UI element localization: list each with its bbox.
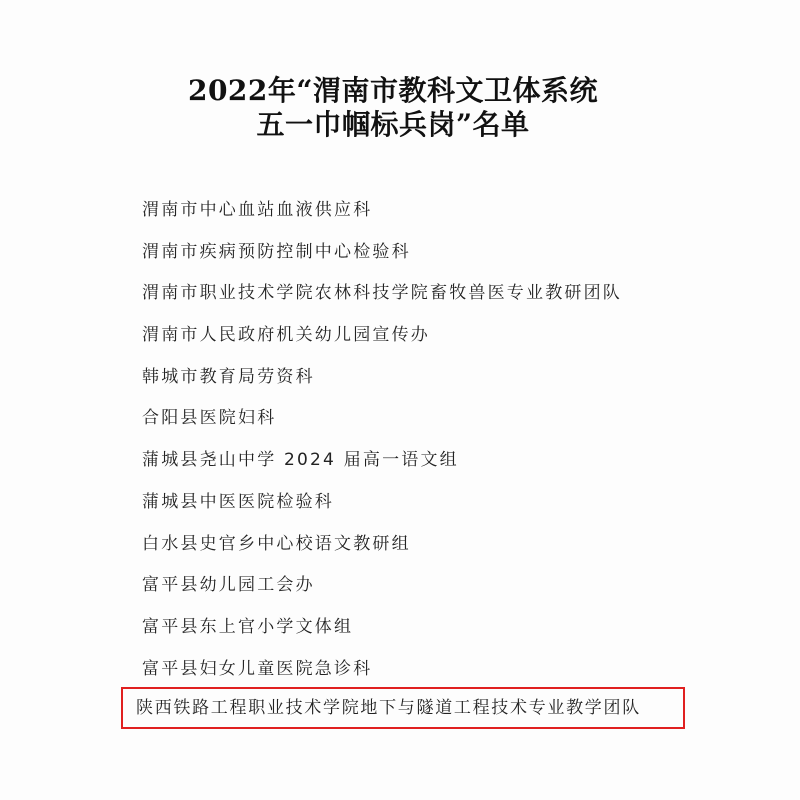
list-item: 富平县东上官小学文体组: [142, 607, 622, 649]
list-item: 合阳县医院妇科: [142, 398, 622, 440]
document-page: 2022年“渭南市教科文卫体系统 五一巾帼标兵岗”名单 渭南市中心血站血液供应科…: [0, 0, 800, 800]
document-title-line2: 五一巾帼标兵岗”名单: [0, 108, 786, 142]
honoree-list: 渭南市中心血站血液供应科 渭南市疾病预防控制中心检验科 渭南市职业技术学院农林科…: [142, 190, 622, 690]
list-item: 渭南市职业技术学院农林科技学院畜牧兽医专业教研团队: [142, 273, 622, 315]
highlighted-list-item: 陕西铁路工程职业技术学院地下与隧道工程技术专业教学团队: [136, 687, 641, 729]
list-item: 富平县妇女儿童医院急诊科: [142, 649, 622, 691]
list-item: 白水县史官乡中心校语文教研组: [142, 524, 622, 566]
list-item: 渭南市中心血站血液供应科: [142, 190, 622, 232]
list-item: 渭南市人民政府机关幼儿园宣传办: [142, 315, 622, 357]
list-item: 富平县幼儿园工会办: [142, 565, 622, 607]
document-title-line1: 2022年“渭南市教科文卫体系统: [0, 74, 786, 108]
list-item: 渭南市疾病预防控制中心检验科: [142, 232, 622, 274]
list-item: 蒲城县尧山中学 2024 届高一语文组: [142, 440, 622, 482]
list-item: 韩城市教育局劳资科: [142, 357, 622, 399]
list-item: 蒲城县中医医院检验科: [142, 482, 622, 524]
